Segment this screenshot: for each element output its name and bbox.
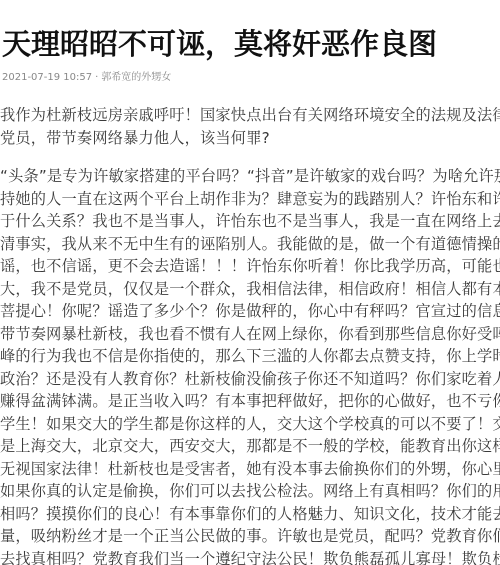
text-line: 大，我不是党员，仅仅是一个群众，我相信法律，相信政府！相信人都有本自具足的: [0, 278, 500, 301]
text-line: 如果你真的认定是偷换，你们可以去找公检法。网络上有真相吗？你们的用意是找真: [0, 480, 500, 503]
paragraph-gap: [0, 149, 500, 165]
text-line: 于什么关系？我也不是当事人，许怡东也不是当事人，我是一直在网络上去平息和澄: [0, 210, 500, 233]
publish-timestamp: 2021-07-19 10:57: [2, 72, 92, 83]
text-line: 量，吸纳粉丝才是一个正当公民做的事。许敏也是党员，配吗？党教育你们在网络上: [0, 525, 500, 548]
text-line: 相吗？摸摸你们的良心！有本事靠你们的人格魅力、知识文化，技术才能去赚去流: [0, 503, 500, 526]
article-title: 天理昭昭不可诬，莫将奸恶作良图: [2, 22, 437, 63]
paragraph-1: 我作为杜新枝远房亲戚呼吁！国家快点出台有关网络环境安全的法规及法律。特别是 党员…: [0, 104, 500, 149]
text-line: “头条”是专为许敏家搭建的平台吗？“抖音”是许敏家的戏台吗？为啥允许那些支: [0, 165, 500, 188]
author-name[interactable]: 郭希宽的外甥女: [101, 72, 171, 83]
text-line: 党员，带节奏网络暴力他人，该当何罪?: [0, 127, 500, 150]
text-line: 无视国家法律！杜新枝也是受害者，她有没本事去偷换你们的外甥，你心里很清楚。: [0, 458, 500, 481]
text-line: 去找真相吗？党教育我们当一个遵纪守法公民！欺负熊磊孤儿寡母！欺负杜新枝郭希: [0, 548, 500, 565]
text-line: 带节奏网暴杜新枝，我也看不惯有人在网上绿你，你看到那些信息你好受吗？穷游小: [0, 323, 500, 346]
text-line: 持她的人一直在这两个平台上胡作非为？肆意妄为的践踏别人？许怡东和许敏到底属: [0, 188, 500, 211]
text-line: 政治？还是没有人教育你？杜新枝偷没偷孩子你还不知道吗？你们家吃着人血馒头，: [0, 368, 500, 391]
text-line: 学生！如果交大的学生都是你这样的人，交大这个学校真的可以不要了！交大！不管: [0, 413, 500, 436]
article-body: 我作为杜新枝远房亲戚呼吁！国家快点出台有关网络环境安全的法规及法律。特别是 党员…: [0, 104, 500, 565]
text-line: 清事实，我从来不无中生有的诬陷别人。我能做的是，做一个有道德情操的人，不传: [0, 233, 500, 256]
text-line: 菩提心！你呢？谣造了多少个？你是做秤的，你心中有秤吗？官宣过的信息你不信，: [0, 300, 500, 323]
article-meta: 2021-07-19 10:57·郭希宽的外甥女: [2, 68, 171, 83]
paragraph-2: “头条”是专为许敏家搭建的平台吗？“抖音”是许敏家的戏台吗？为啥允许那些支 持她…: [0, 165, 500, 565]
meta-separator: ·: [95, 72, 98, 83]
text-line: 我作为杜新枝远房亲戚呼吁！国家快点出台有关网络环境安全的法规及法律。特别是: [0, 104, 500, 127]
text-line: 是上海交大，北京交大，西安交大，那都是不一般的学校，能教育出你这样的学生?: [0, 435, 500, 458]
text-line: 峰的行为我也不信是你指使的，那么下三滥的人你都去点赞支持，你上学时没有学过: [0, 345, 500, 368]
text-line: 赚得盆满钵满。是正当收入吗？有本事把秤做好，把你的心做好，也不亏你是交大的: [0, 390, 500, 413]
text-line: 谣，也不信谣，更不会去造谣！！！许怡东你听着！你比我学历高，可能也比我年纪: [0, 255, 500, 278]
